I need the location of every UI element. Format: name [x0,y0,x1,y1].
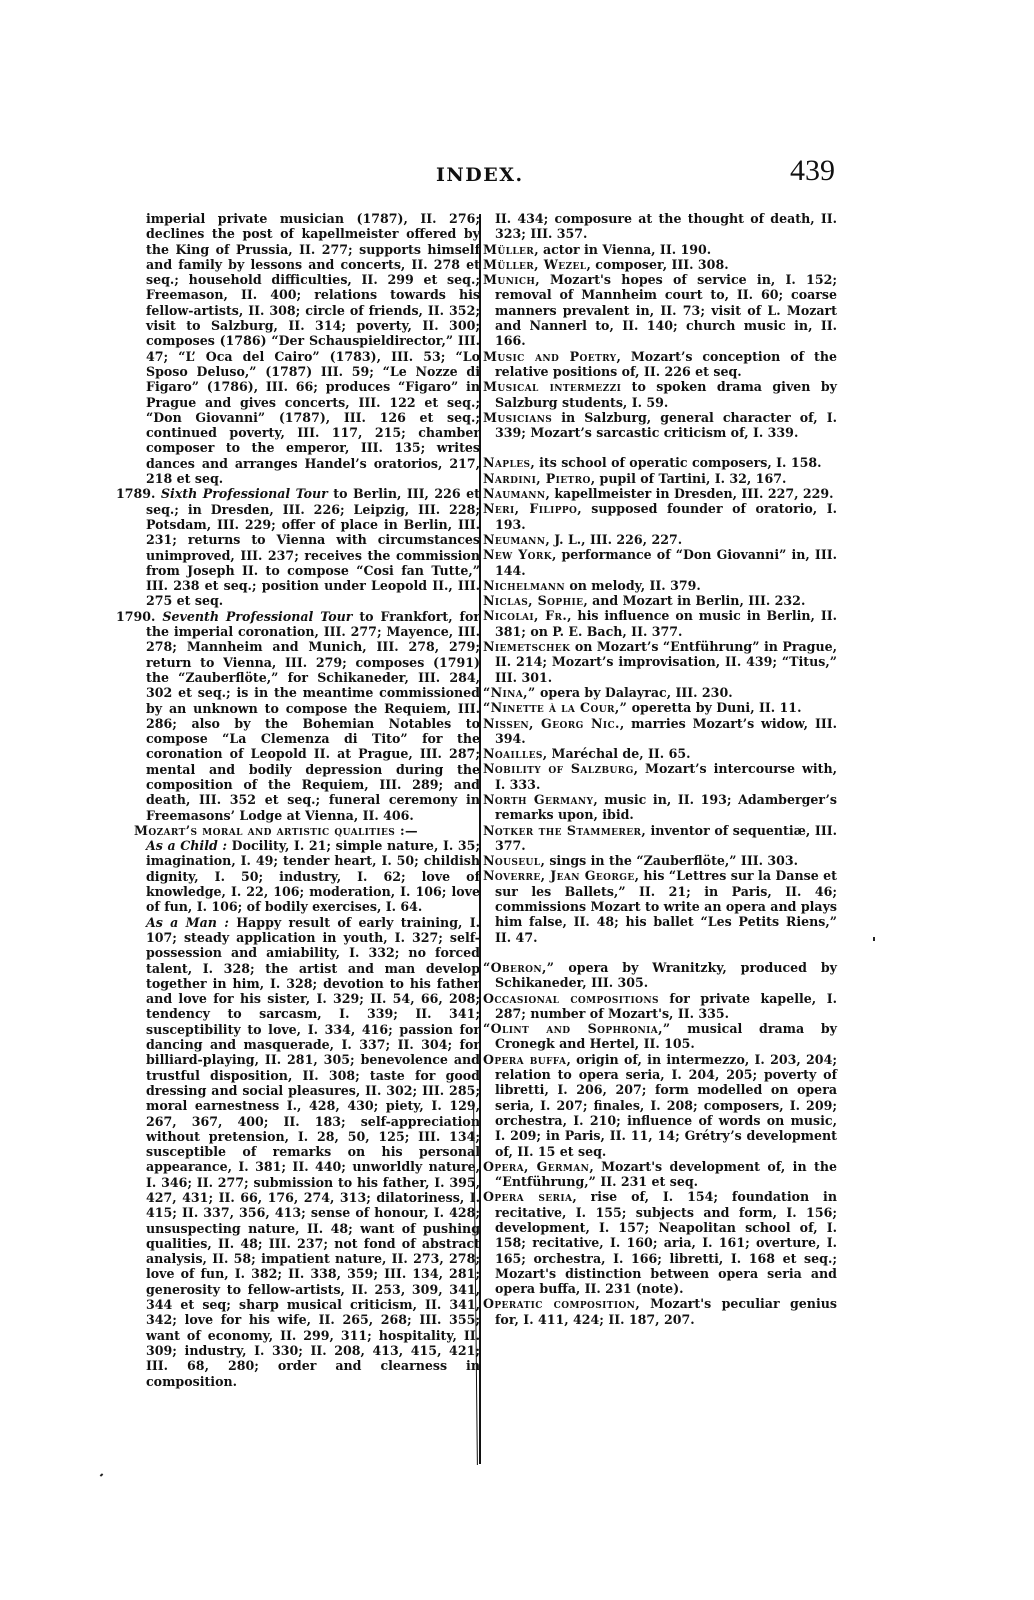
index-entry: Nichelmann on melody, II. 379. [483,578,837,593]
index-entry: Neumann, J. L., III. 226, 227. [483,532,837,547]
entry-heading: Occasional compositions [483,991,659,1006]
entry-tour-title: Sixth Professional Tour [161,486,328,501]
entry-text: to Berlin, III, 226 et seq.; in Dresden,… [146,486,480,608]
entry-heading: “Nina,” [483,685,536,700]
page-header: INDEX. 439 [0,160,1034,200]
left-column: imperial private musician (1787), II. 27… [134,211,480,1389]
entry-heading: Munich [483,272,535,287]
index-entry: Müller, actor in Vienna, II. 190. [483,242,837,257]
entry-heading: Nouseul [483,853,541,868]
entry-text: opera by Dalayrac, III. 230. [536,685,733,700]
entry-text: on melody, II. 379. [565,578,701,593]
index-entry: Niclas, Sophie, and Mozart in Berlin, II… [483,593,837,608]
scan-speck [100,1473,104,1476]
entry-text: II. 434; composure at the thought of dea… [495,211,837,241]
entry-heading: Nicolai, Fr. [483,608,567,623]
book-page: INDEX. 439 imperial private musician (17… [0,0,1034,1600]
entry-heading: Naumann [483,486,546,501]
entry-heading: Niclas, Sophie [483,593,583,608]
entry-heading: Noailles [483,746,543,761]
entry-text: to Frankfort, for the imperial coronatio… [146,609,480,823]
entry-heading: Musical intermezzi [483,379,621,394]
entry-text: imperial private musician (1787), II. 27… [146,211,480,486]
index-entry: Niemetschek on Mozart’s “Entführung” in … [483,639,837,685]
index-entry: Notker the Stammerer, inventor of sequen… [483,823,837,854]
entry-heading: Notker the Stammerer [483,823,641,838]
index-entry: Music and Poetry, Mozart’s conception of… [483,349,837,380]
subentry-label: As a Man : [146,915,229,930]
entry-year: 1790. [116,609,155,624]
entry-text: , Maréchal de, II. 65. [543,746,691,761]
entry-year: 1789. [116,486,155,501]
index-entry: Nissen, Georg Nic., marries Mozart’s wid… [483,716,837,747]
entry-heading: Niemetschek [483,639,570,654]
letter-section-gap [483,945,837,960]
entry-heading: Nobility of Salzburg [483,761,634,776]
subentry-label: As a Child : [146,838,227,853]
entry-heading: “Olint and Sophronia,” [483,1021,671,1036]
index-entry: Opera seria, rise of, I. 154; foundation… [483,1189,837,1296]
index-entry: Musical intermezzi to spoken drama given… [483,379,837,410]
column-rule [479,214,481,1464]
index-entry: Nardini, Pietro, pupil of Tartini, I. 32… [483,471,837,486]
entry-text: , J. L., III. 226, 227. [545,532,682,547]
index-entry-year-1789: 1789. Sixth Professional Tour to Berlin,… [134,486,480,608]
index-entry-continued: II. 434; composure at the thought of dea… [483,211,837,242]
index-entry-continued: imperial private musician (1787), II. 27… [134,211,480,486]
right-column: II. 434; composure at the thought of dea… [483,211,837,1327]
entry-heading: Nichelmann [483,578,565,593]
entry-heading: Musicians [483,410,552,425]
entry-text: , composer, III. 308. [587,257,729,272]
entry-tour-title: Seventh Professional Tour [162,609,352,624]
entry-heading: Opera buffa [483,1052,566,1067]
entry-heading: North Germany [483,792,593,807]
entry-heading: “Ninette à la Cour,” [483,700,627,715]
entry-heading: “Oberon,” [483,960,554,975]
index-entry: Naumann, kapellmeister in Dresden, III. … [483,486,837,501]
entry-heading: Nissen, Georg Nic. [483,716,620,731]
entry-text: , actor in Vienna, II. 190. [534,242,711,257]
index-entry: Opera buffa, origin of, in intermezzo, I… [483,1052,837,1159]
entry-heading: Müller, Wezel [483,257,587,272]
letter-section-gap [483,440,837,455]
index-entry: Operatic composition, Mozart's peculiar … [483,1296,837,1327]
scan-speck [873,937,875,941]
entry-text: , origin of, in intermezzo, I. 203, 204;… [495,1052,837,1159]
index-subentry-as-a-child: As a Child : Docility, I. 21; simple nat… [134,838,480,914]
entry-text: Happy result of early training, I. 107; … [146,915,480,1389]
index-entry: Noverre, Jean George, his “Lettres sur l… [483,868,837,944]
index-entry: New York, performance of “Don Giovanni” … [483,547,837,578]
index-entry: “Oberon,” opera by Wranitzky, produced b… [483,960,837,991]
entry-text: , and Mozart in Berlin, III. 232. [583,593,805,608]
index-entry: “Ninette à la Cour,” operetta by Duni, I… [483,700,837,715]
entry-heading: Opera seria [483,1189,572,1204]
index-entry: Nobility of Salzburg, Mozart’s intercour… [483,761,837,792]
index-entry: “Olint and Sophronia,” musical drama by … [483,1021,837,1052]
index-entry: Müller, Wezel, composer, III. 308. [483,257,837,272]
entry-text: , pupil of Tartini, I. 32, 167. [591,471,787,486]
running-head: INDEX. [436,164,524,186]
index-entry: Naples, its school of operatic composers… [483,455,837,470]
entry-heading: Noverre, Jean George [483,868,635,883]
entry-text: operetta by Duni, II. 11. [627,700,801,715]
index-entry: Munich, Mozart's hopes of service in, I.… [483,272,837,348]
entry-heading: Naples [483,455,530,470]
entry-heading: Mozart’s moral and artistic qualities :— [134,823,418,838]
index-entry: Musicians in Salzburg, general character… [483,410,837,441]
index-subentry-as-a-man: As a Man : Happy result of early trainin… [134,915,480,1389]
page-number: 439 [790,154,835,188]
entry-heading: Müller [483,242,534,257]
entry-text: , its school of operatic composers, I. 1… [530,455,821,470]
entry-text: , Mozart's hopes of service in, I. 152; … [495,272,837,348]
entry-text: , kapellmeister in Dresden, III. 227, 22… [546,486,834,501]
entry-text: , rise of, I. 154; foundation in recitat… [495,1189,837,1296]
entry-heading: Neri, Filippo [483,501,577,516]
index-entry: Nouseul, sings in the “Zauberflöte,” III… [483,853,837,868]
index-heading-moral-qualities: Mozart’s moral and artistic qualities :— [134,823,480,838]
index-entry: North Germany, music in, II. 193; Adambe… [483,792,837,823]
index-entry: Opera, German, Mozart's development of, … [483,1159,837,1190]
entry-text: , sings in the “Zauberflöte,” III. 303. [541,853,799,868]
index-entry: “Nina,” opera by Dalayrac, III. 230. [483,685,837,700]
entry-heading: Music and Poetry [483,349,617,364]
entry-heading: Operatic composition [483,1296,635,1311]
entry-heading: Neumann [483,532,545,547]
index-entry: Occasional compositions for private kape… [483,991,837,1022]
index-entry: Neri, Filippo, supposed founder of orato… [483,501,837,532]
entry-heading: New York [483,547,552,562]
index-entry: Nicolai, Fr., his influence on music in … [483,608,837,639]
index-entry: Noailles, Maréchal de, II. 65. [483,746,837,761]
entry-heading: Nardini, Pietro [483,471,591,486]
index-entry-year-1790: 1790. Seventh Professional Tour to Frank… [134,609,480,823]
entry-heading: Opera, German [483,1159,589,1174]
